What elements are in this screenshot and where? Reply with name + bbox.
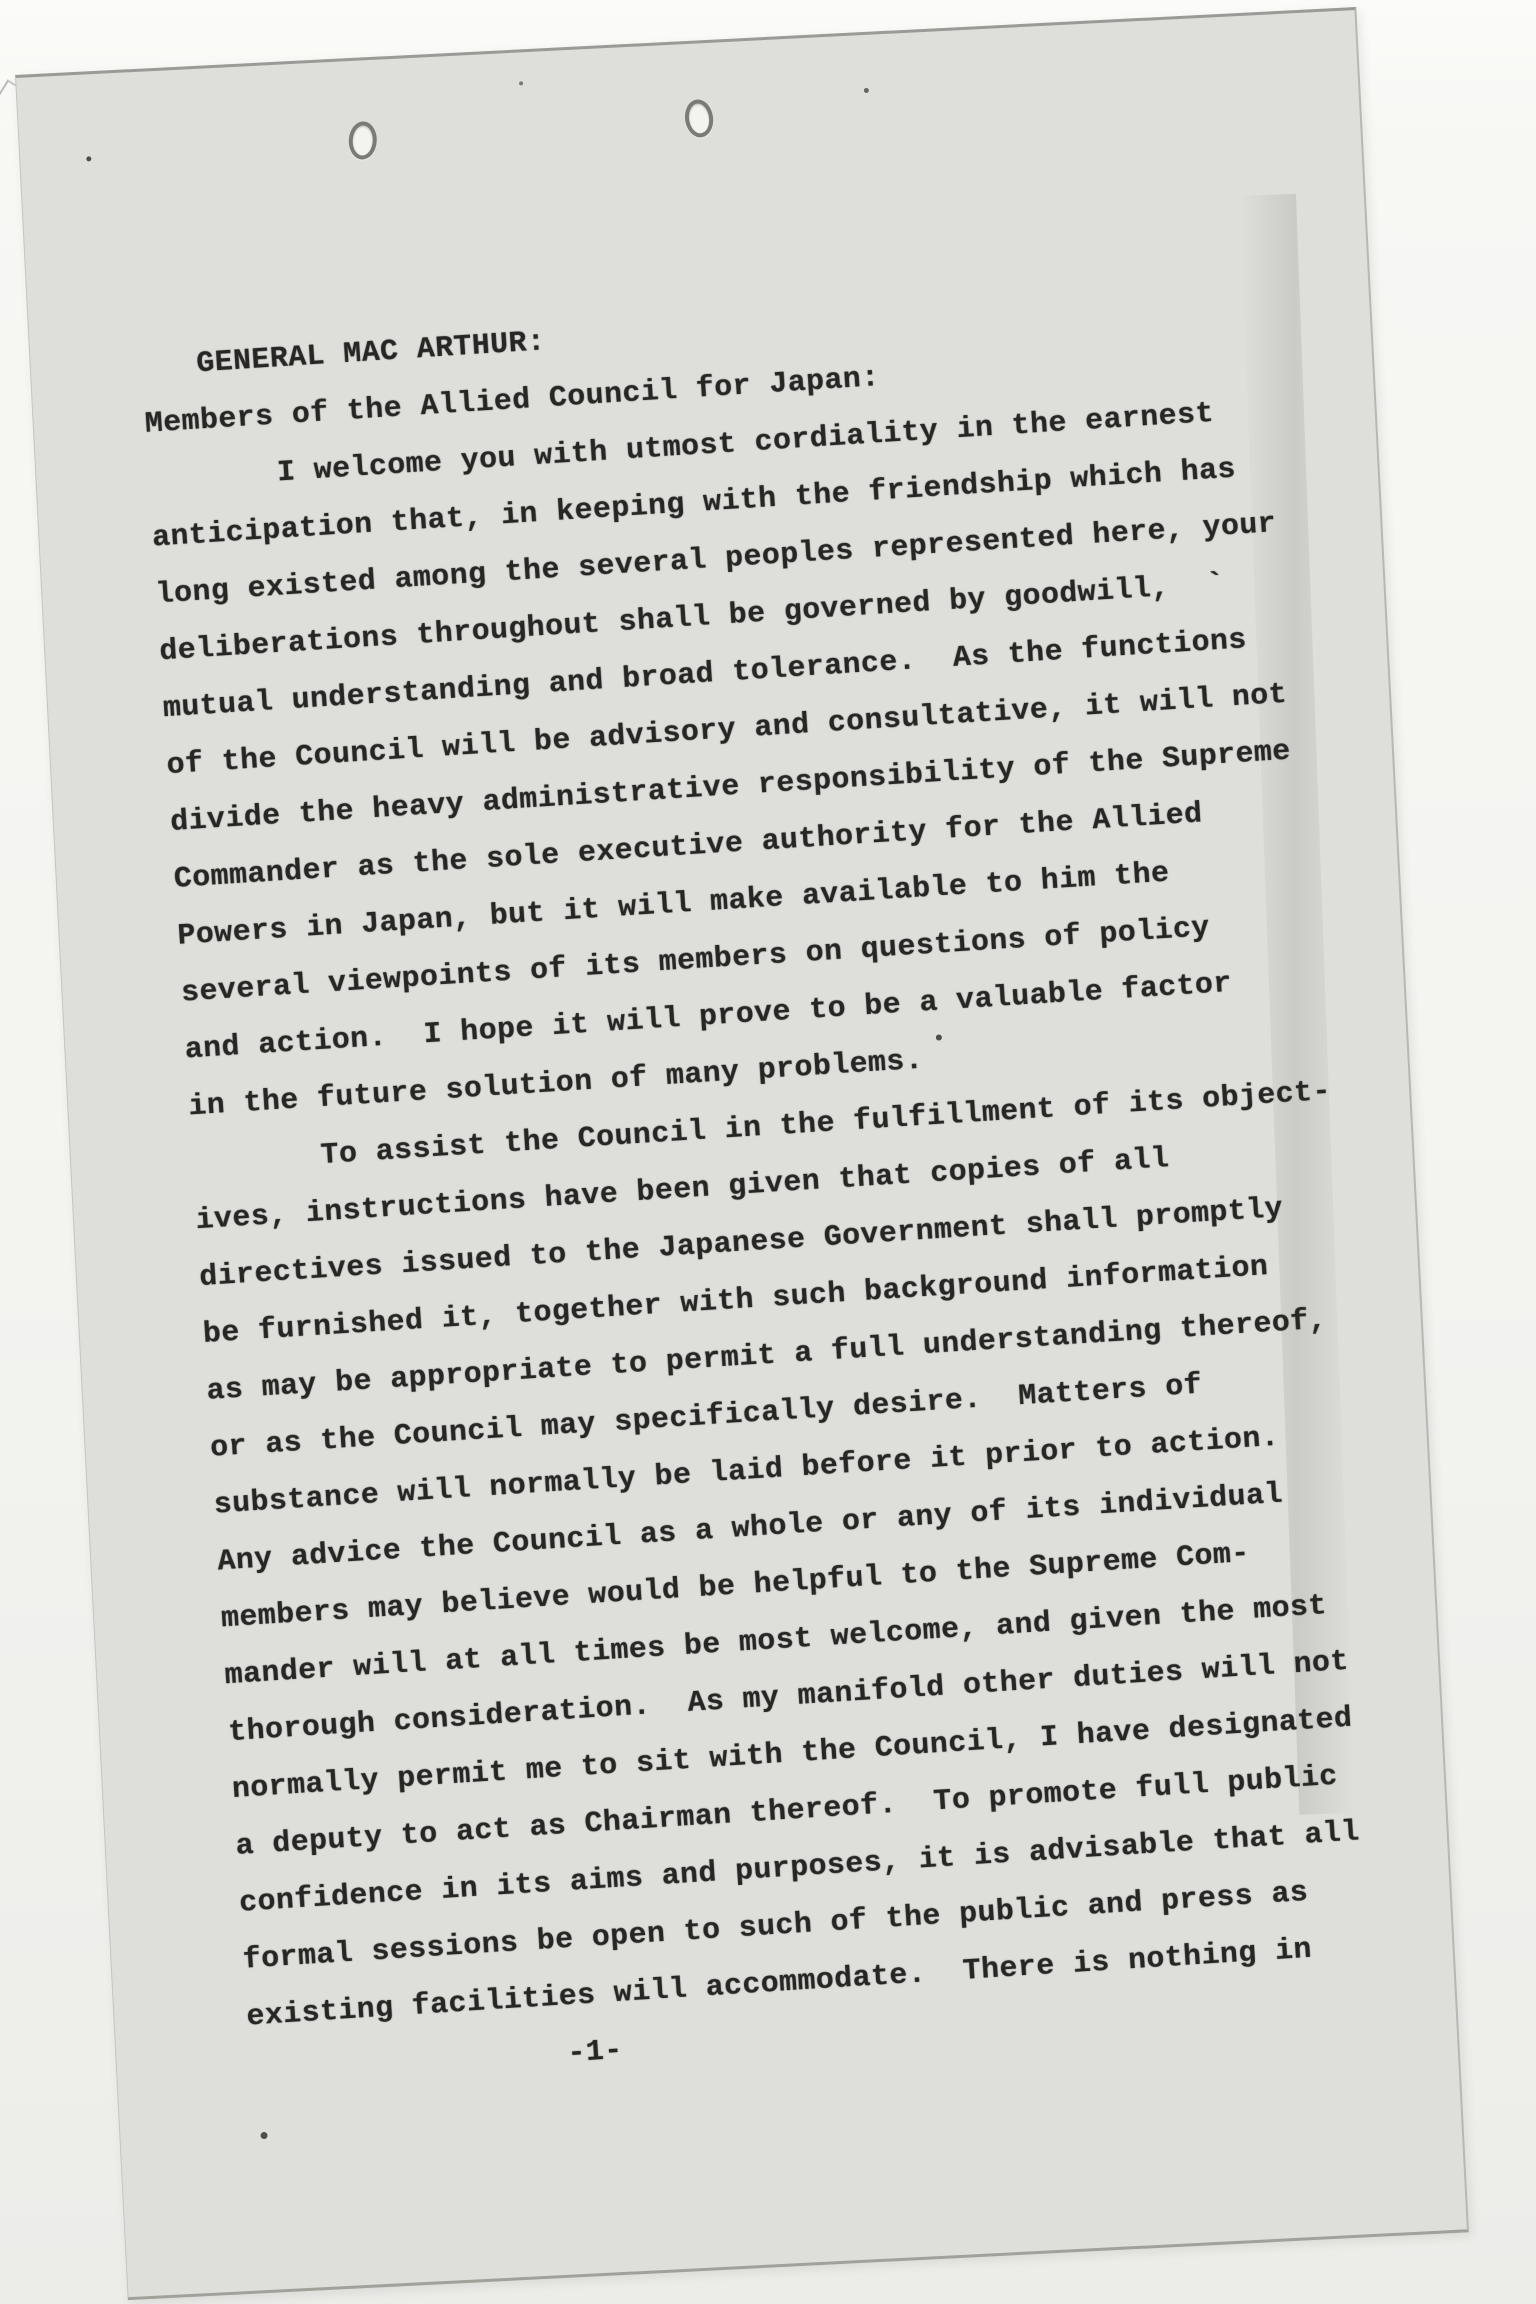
punch-hole-right	[683, 98, 716, 139]
ink-speck	[864, 88, 869, 93]
punch-hole-left	[348, 121, 378, 160]
ink-speck	[86, 156, 91, 161]
document-page: GENERAL MAC ARTHUR: Members of the Allie…	[15, 7, 1469, 2300]
ink-speck	[519, 81, 523, 85]
typewritten-text-block: GENERAL MAC ARTHUR: Members of the Allie…	[140, 267, 1391, 2103]
ink-speck	[260, 2132, 267, 2139]
scanned-document-background: GENERAL MAC ARTHUR: Members of the Allie…	[0, 0, 1536, 2304]
